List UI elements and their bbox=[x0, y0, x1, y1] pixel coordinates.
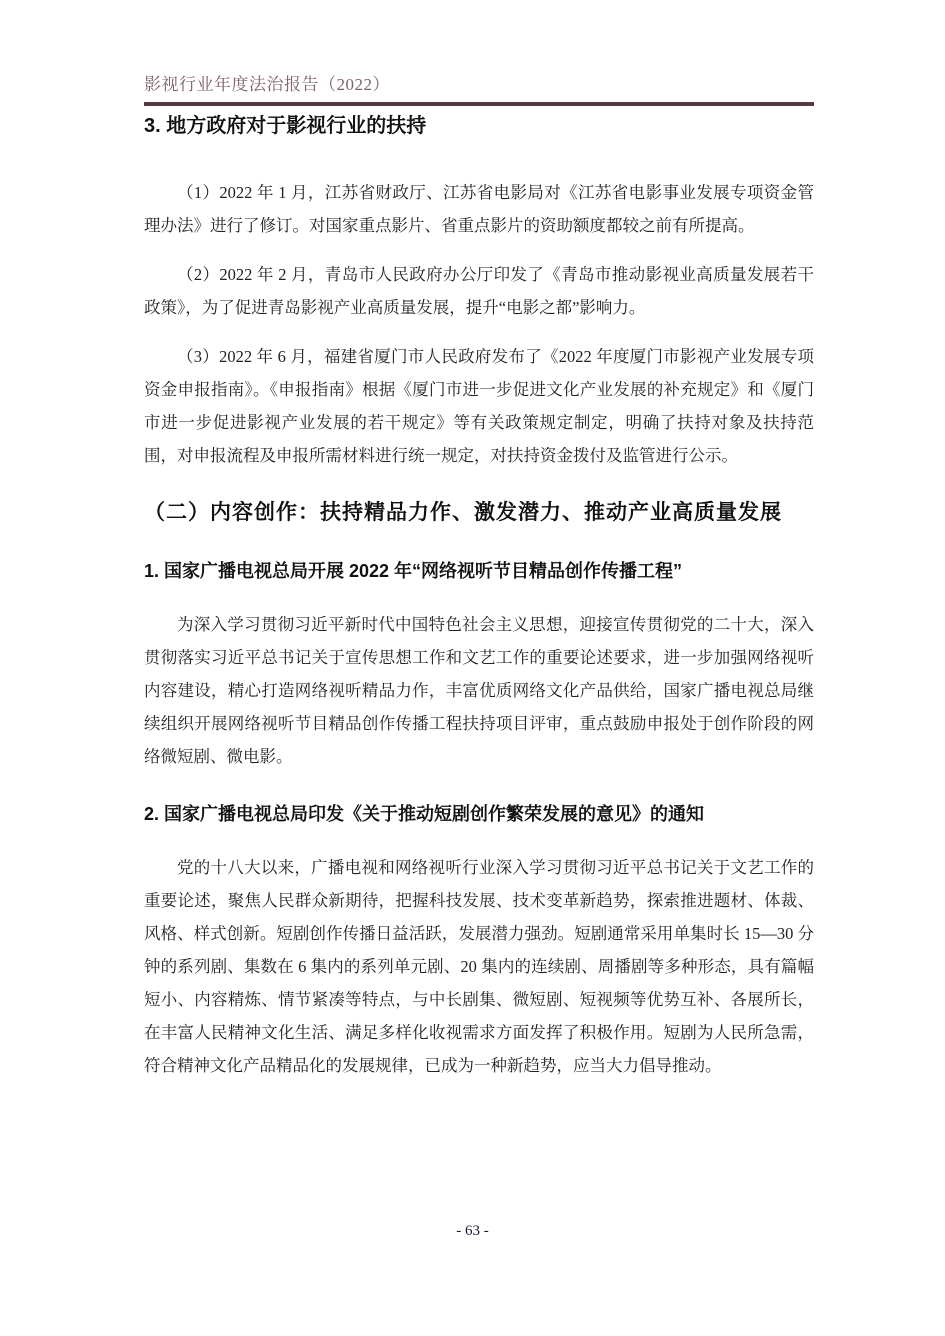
paragraph-xiamen-fund-guide: （3）2022 年 6 月，福建省厦门市人民政府发布了《2022 年度厦门市影视… bbox=[144, 340, 814, 472]
page-header: 影视行业年度法治报告（2022） bbox=[144, 70, 814, 106]
paragraph-short-drama-detail: 党的十八大以来，广播电视和网络视听行业深入学习贯彻习近平总书记关于文艺工作的重要… bbox=[144, 851, 814, 1082]
paragraph-boutique-project-detail: 为深入学习贯彻习近平新时代中国特色社会主义思想，迎接宣传贯彻党的二十大，深入贯彻… bbox=[144, 608, 814, 773]
heading-sub1-nrta-boutique-project: 1. 国家广播电视总局开展 2022 年“网络视听节目精品创作传播工程” bbox=[144, 558, 814, 584]
heading-sub2-short-drama-opinion: 2. 国家广播电视总局印发《关于推动短剧创作繁荣发展的意见》的通知 bbox=[144, 801, 814, 827]
page-number: - 63 - bbox=[0, 1223, 945, 1240]
paragraph-jiangsu-film-fund: （1）2022 年 1 月，江苏省财政厅、江苏省电影局对《江苏省电影事业发展专项… bbox=[144, 176, 814, 242]
header-divider-rule bbox=[144, 102, 814, 106]
heading-local-government-support: 3. 地方政府对于影视行业的扶持 bbox=[144, 112, 814, 140]
report-header-title: 影视行业年度法治报告（2022） bbox=[144, 70, 814, 102]
paragraph-qingdao-policy: （2）2022 年 2 月，青岛市人民政府办公厅印发了《青岛市推动影视业高质量发… bbox=[144, 258, 814, 324]
document-page: 影视行业年度法治报告（2022） 3. 地方政府对于影视行业的扶持 （1）202… bbox=[0, 0, 945, 1336]
page-content: 3. 地方政府对于影视行业的扶持 （1）2022 年 1 月，江苏省财政厅、江苏… bbox=[144, 112, 814, 1082]
heading-section-two-content-creation: （二）内容创作：扶持精品力作、激发潜力、推动产业高质量发展 bbox=[144, 498, 814, 528]
